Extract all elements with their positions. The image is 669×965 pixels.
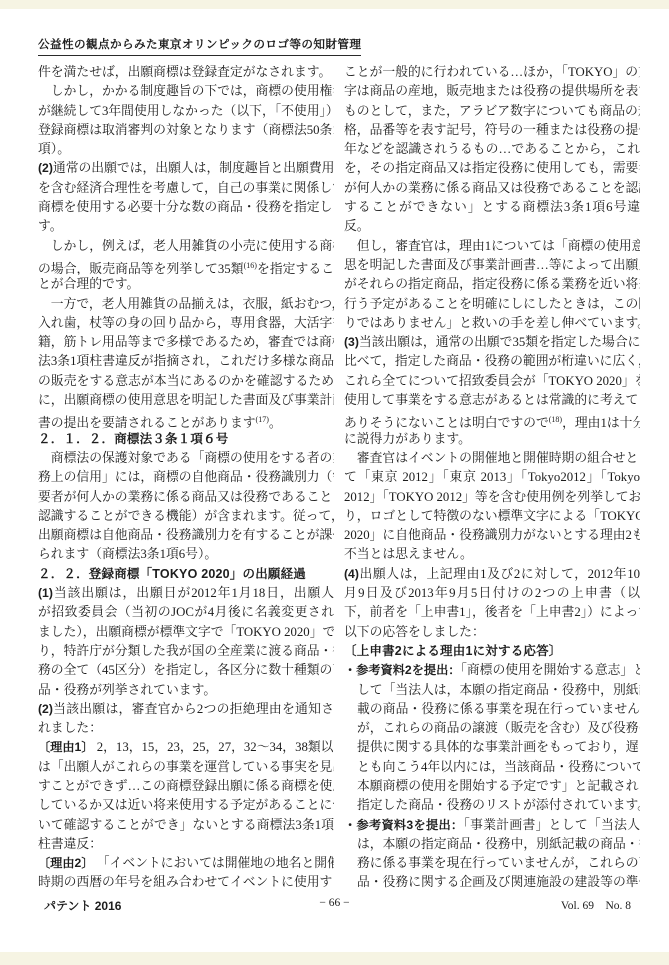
text-line: 比べて，指定した商品・役務の範囲が桁違いに広く，	[344, 352, 640, 371]
text-line: 2012」「TOKYO 2012」等を含む使用例を列挙してお	[344, 488, 640, 507]
text-line: 不当とは思えません。	[344, 545, 640, 564]
text-line: 品・役務が列挙されています。	[38, 681, 334, 700]
text-line: 登録商標は取消審判の対象となります（商標法50条1	[38, 121, 334, 140]
text-line: の販売をする意志が本当にあるのかを確認するため	[38, 372, 334, 391]
footnote-reference: (18)	[549, 415, 562, 424]
footer-volume-number: Vol. 69 No. 8	[561, 897, 631, 913]
text-line: がそれらの指定商品，指定役務に係る業務を近い将来	[344, 275, 640, 294]
text-line: 以下の応答をしました：	[344, 623, 640, 642]
text-line: しかし，かかる制度趣旨の下では，商標の使用権者	[38, 82, 334, 101]
text-line: 籍，筋トレ用品等まで多様であるため，審査では商標	[38, 333, 334, 352]
text-line: (4)出願人は，上記理由1及び2に対して，2012年10	[344, 565, 640, 584]
footnote-reference: (16)	[244, 261, 257, 270]
text-line: (3)当該出願は，通常の出願で35類を指定した場合に	[344, 333, 640, 352]
text-line: いて確認することができ」ないとする商標法3条1項	[38, 816, 334, 835]
text-line: 務の全て（45区分）を指定し，各区分に数十種類の商	[38, 661, 334, 680]
text-line: 務上の信用」には，商標の自他商品・役務識別力（需	[38, 468, 334, 487]
text-line: 2020」に自他商品・役務識別力がないとする理由2も	[344, 526, 640, 545]
text-line: ありそうにないことは明白ですので(18)，理由1は十分	[344, 410, 640, 429]
text-line: 件を満たせば，出願商標は登録査定がなされます。	[38, 63, 334, 82]
text-line: に説得力があります。	[344, 430, 640, 449]
text-line: ました），出願商標が標準文字で「TOKYO 2020」であ	[38, 623, 334, 642]
text-line: ・参考資料3を提出：「事業計画書」として「当法人	[344, 816, 640, 835]
text-line: 商標を使用する必要十分な数の商品・役務を指定しま	[38, 198, 334, 217]
text-line: は，本願の指定商品・役務中，別紙記載の商品・役	[344, 835, 640, 854]
text-line: 格，品番等を表す記号，符号の一種または役務の提供	[344, 121, 640, 140]
left-column: 件を満たせば，出願商標は登録査定がなされます。 しかし，かかる制度趣旨の下では，…	[38, 63, 334, 893]
text-line: 反。	[344, 217, 640, 236]
text-line: 入れ歯，杖等の身の回り品から，専用食器，大活字書	[38, 314, 334, 333]
text-line: (2)当該出願は，審査官から2つの拒絶理由を通知さ	[38, 700, 334, 719]
text-line: 本願商標の使用を開始する予定です」と記載され，	[344, 777, 640, 796]
text-line: 認識することができる機能）が含まれます。従って，	[38, 507, 334, 526]
running-header-title: 公益性の観点からみた東京オリンピックのロゴ等の知財管理	[38, 36, 361, 56]
text-line: ２．１．２．商標法３条１項６号	[38, 430, 334, 449]
text-line: (2)通常の出願では，出願人は，制度趣旨と出願費用	[38, 159, 334, 178]
text-line: す。	[38, 217, 334, 236]
text-line: して「当法人は，本願の指定商品・役務中，別紙記	[344, 681, 640, 700]
text-line: 行う予定があることを明確にしにしたときは，この限	[344, 295, 640, 314]
text-line: とも向こう4年以内には，当該商品・役務について	[344, 758, 640, 777]
text-line: 務に係る事業を現在行っていませんが，これらの商	[344, 854, 640, 873]
text-line: 使用して事業をする意志があるとは常識的に考えても	[344, 391, 640, 410]
text-line: 思を明記した書面及び事業計画書…等によって出願人	[344, 256, 640, 275]
text-line: ものとして，また，アラビア数字についても商品の規	[344, 102, 640, 121]
text-line: 商標法の保護対象である「商標の使用をする者の業	[38, 449, 334, 468]
text-line: ことが一般的に行われている…ほか，「TOKYO」の文	[344, 63, 640, 82]
scan-edge-top	[0, 0, 669, 9]
text-line: 指定した商品・役務のリストが添付されています。	[344, 796, 640, 815]
text-line: これら全てについて招致委員会が「TOKYO 2020」を	[344, 372, 640, 391]
text-line: 一方で，老人用雑貨の品揃えは，衣服，紙おむつ，	[38, 295, 334, 314]
text-line: 品・役務に関する企画及び関連施設の建設等の準備	[344, 873, 640, 892]
text-line: の場合，販売商品等を列挙して35類(16)を指定するこ	[38, 256, 334, 275]
text-line: することができない」とする商標法3条1項6号違	[344, 198, 640, 217]
text-line: 項）。	[38, 140, 334, 159]
text-line: とが合理的です。	[38, 275, 334, 294]
text-line: 〔理由2〕 「イベントにおいては開催地の地名と開催	[38, 854, 334, 873]
text-line: ２．２．登録商標「TOKYO 2020」の出願経過	[38, 565, 334, 584]
text-line: 〔理由1〕 2，13，15，23，25，27，32〜34，38類以外	[38, 738, 334, 757]
text-line: 年などを認識されうるもの…であることから，これ	[344, 140, 640, 159]
text-line: り，ロゴとして特徴のない標準文字による「TOKYO	[344, 507, 640, 526]
text-line: りではありません」と救いの手を差し伸べています。	[344, 314, 640, 333]
text-line: ・参考資料2を提出：「商標の使用を開始する意志」と	[344, 661, 640, 680]
text-line: 下，前者を「上申書1」，後者を「上申書2」）によって	[344, 603, 640, 622]
text-line: が招致委員会（当初のJOCが4月後に名義変更され	[38, 603, 334, 622]
text-line: 月9日及び2013年9月5日付けの2つの上申書（以	[344, 584, 640, 603]
text-line: 審査官はイベントの開催地と開催時期の組合せとし	[344, 449, 640, 468]
text-line: て「東京 2012」「東京 2013」「Tokyo2012」「Tokyo	[344, 468, 640, 487]
text-line: られます（商標法3条1項6号）。	[38, 545, 334, 564]
text-line: 〔上申書2による理由1に対する応答〕	[344, 642, 640, 661]
text-line: すことができず…この商標登録出願に係る商標を使用	[38, 777, 334, 796]
text-line: 載の商品・役務に係る事業を現在行っていません	[344, 700, 640, 719]
text-line: (1)当該出願は，出願日が2012年1月18日，出願人	[38, 584, 334, 603]
text-line: 出願商標は自他商品・役務識別力を有することが課せ	[38, 526, 334, 545]
scan-edge-bottom	[0, 952, 669, 965]
page-footer: パテント 2016 − 66 − Vol. 69 No. 8	[0, 897, 669, 915]
text-line: は「出願人がこれらの事業を運営している事実を見出	[38, 758, 334, 777]
text-line: を，その指定商品又は指定役務に使用しても，需要者	[344, 159, 640, 178]
text-line: 但し，審査官は，理由1については「商標の使用意	[344, 237, 640, 256]
right-column: ことが一般的に行われている…ほか，「TOKYO」の文字は商品の産地，販売地または…	[344, 63, 640, 893]
text-line: しかし，例えば，老人用雑貨の小売に使用する商標	[38, 237, 334, 256]
text-line: に，出願商標の使用意思を明記した書面及び事業計画	[38, 391, 334, 410]
text-line: 時期の西暦の年号を組み合わせてイベントに使用する	[38, 873, 334, 892]
text-line: が何人かの業務に係る商品又は役務であることを認識	[344, 179, 640, 198]
text-line: 柱書違反：	[38, 835, 334, 854]
text-line: が，これらの商品の譲渡（販売を含む）及び役務の	[344, 719, 640, 738]
document-page: 公益性の観点からみた東京オリンピックのロゴ等の知財管理 件を満たせば，出願商標は…	[0, 0, 669, 965]
text-line: しているか又は近い将来使用する予定があることにつ	[38, 796, 334, 815]
footnote-reference: (17)	[256, 415, 269, 424]
text-line: を含む経済合理性を考慮して，自己の事業に関係して	[38, 179, 334, 198]
text-line: 字は商品の産地，販売地または役務の提供場所を表す	[344, 82, 640, 101]
text-line: れました：	[38, 719, 334, 738]
text-line: り，特許庁が分類した我が国の全産業に渡る商品・役	[38, 642, 334, 661]
text-line: 書の提出を要請されることがあります(17)。	[38, 410, 334, 429]
text-line: 提供に関する具体的な事業計画をもっており，遅く	[344, 738, 640, 757]
text-line: が継続して3年間使用しなかった（以下，「不使用」）	[38, 102, 334, 121]
text-line: 要者が何人かの業務に係る商品又は役務であることを	[38, 488, 334, 507]
text-line: 法3条1項柱書違反が指摘され，これだけ多様な商品	[38, 352, 334, 371]
